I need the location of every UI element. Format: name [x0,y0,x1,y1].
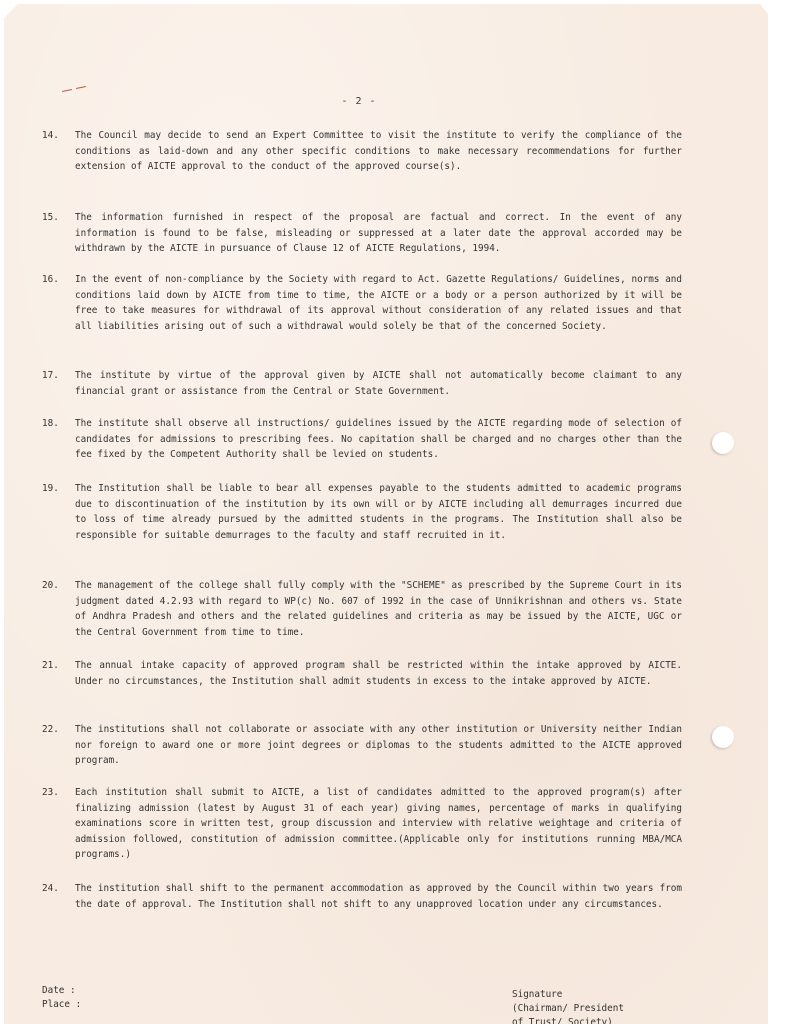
clause-14: 14. The Council may decide to send an Ex… [42,128,682,175]
clause-text: The institute shall observe all instruct… [75,416,682,463]
clause-number: 14. [42,128,59,144]
signatory-org: of Trust/ Society) [512,1016,624,1024]
clause-text: The institutions shall not collaborate o… [75,722,682,769]
clause-number: 18. [42,416,59,432]
clause-text: The Council may decide to send an Expert… [75,128,682,175]
clause-15: 15. The information furnished in respect… [42,210,682,257]
signature-block: Signature (Chairman/ President of Trust/… [512,988,624,1024]
clause-18: 18. The institute shall observe all inst… [42,416,682,463]
clause-22: 22. The institutions shall not collabora… [42,722,682,769]
page-number: - 2 - [4,96,714,107]
clause-20: 20. The management of the college shall … [42,578,682,640]
clause-text: The management of the college shall full… [75,578,682,640]
clause-23: 23. Each institution shall submit to AIC… [42,785,682,863]
clause-17: 17. The institute by virtue of the appro… [42,368,682,399]
clause-number: 21. [42,658,59,674]
clause-number: 23. [42,785,59,801]
place-label: Place : [42,998,81,1012]
date-place-block: Date : Place : [42,984,81,1012]
clause-text: The institute by virtue of the approval … [75,368,682,399]
pen-mark [76,86,86,89]
punch-hole [712,726,734,748]
signature-label: Signature [512,988,624,1002]
clause-text: In the event of non-compliance by the So… [75,272,682,334]
clause-number: 17. [42,368,59,384]
date-label: Date : [42,984,81,998]
clause-24: 24. The institution shall shift to the p… [42,881,682,912]
clause-number: 22. [42,722,59,738]
punch-hole [712,432,734,454]
clause-number: 16. [42,272,59,288]
clause-text: The institution shall shift to the perma… [75,881,682,912]
scanned-page: - 2 - 14. The Council may decide to send… [4,4,768,1024]
clause-19: 19. The Institution shall be liable to b… [42,481,682,543]
clause-number: 15. [42,210,59,226]
clause-16: 16. In the event of non-compliance by th… [42,272,682,334]
signatory-title: (Chairman/ President [512,1002,624,1016]
clause-text: The information furnished in respect of … [75,210,682,257]
clause-21: 21. The annual intake capacity of approv… [42,658,682,689]
clause-text: The annual intake capacity of approved p… [75,658,682,689]
pen-mark [62,89,72,92]
clause-text: Each institution shall submit to AICTE, … [75,785,682,863]
clause-text: The Institution shall be liable to bear … [75,481,682,543]
clause-number: 24. [42,881,59,897]
clause-number: 20. [42,578,59,594]
clause-number: 19. [42,481,59,497]
